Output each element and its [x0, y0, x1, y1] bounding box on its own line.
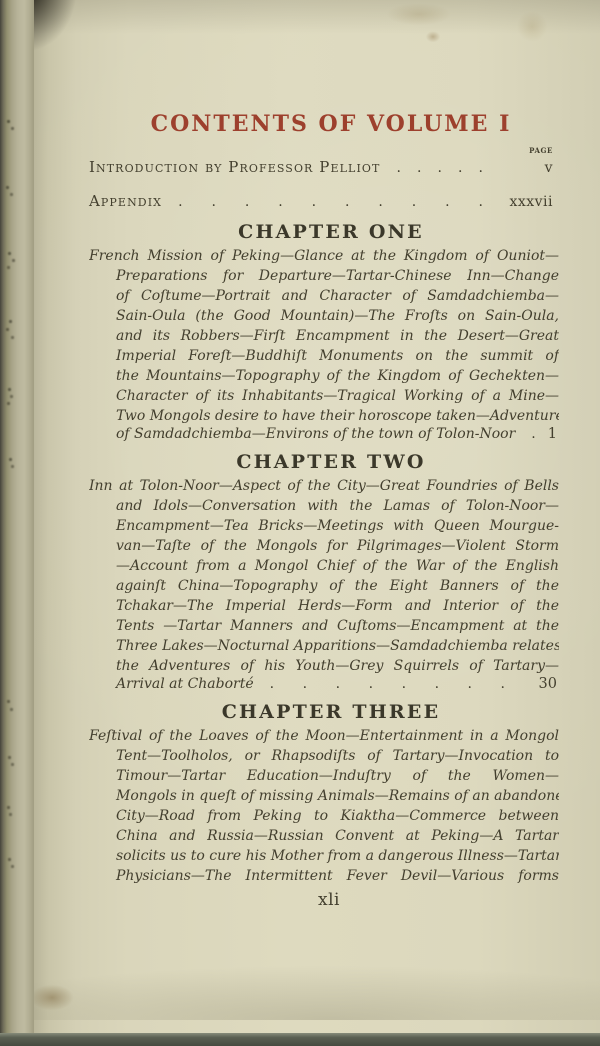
- toc-line: Sain-Oula (the Good Mountain)—The Froſts…: [89, 306, 559, 326]
- page-number: xxxvii: [495, 194, 559, 210]
- chapter-heading: CHAPTER THREE: [89, 700, 559, 724]
- toc-line: and Idols—Conversation with the Lamas of…: [89, 496, 559, 516]
- toc-line: Imperial Foreſt—Buddhiſt Monuments on th…: [89, 346, 559, 366]
- toc-line: Preparations for Departure—Tartar-Chines…: [89, 266, 559, 286]
- toc-line: Tchakar—The Imperial Herds—Form and Inte…: [89, 596, 559, 616]
- chapter-heading: CHAPTER ONE: [89, 220, 559, 244]
- contents-column: CONTENTS OF VOLUME I PAGE Introduction b…: [89, 0, 559, 910]
- page-number: 30: [517, 676, 559, 692]
- chapter-three-entry: CHAPTER THREE Feſtival of the Loaves of …: [89, 700, 559, 886]
- dot-leader: . . . . . . . . . .: [162, 194, 495, 210]
- page-number: v: [495, 160, 559, 176]
- front-matter-row-appendix: Appendix . . . . . . . . . . xxxvii: [89, 192, 559, 214]
- table-edge: [0, 1033, 600, 1046]
- chapter-summary: Inn at Tolon-Noor—Aspect of the City—Gre…: [89, 476, 559, 676]
- chapter-summary: Feſtival of the Loaves of the Moon—Enter…: [89, 726, 559, 886]
- folio-number: xli: [89, 890, 559, 910]
- toc-line: China and Russia—Russian Convent at Peki…: [89, 826, 559, 846]
- toc-line: of Coſtume—Portrait and Character of Sam…: [89, 286, 559, 306]
- dot-leader: .: [515, 426, 543, 442]
- page-title: CONTENTS OF VOLUME I: [89, 111, 559, 138]
- chapter-end-row: of Samdadchiemba—Environs of the town of…: [89, 426, 559, 446]
- chapter-end-row: Arrival at Chaborté . . . . . . . . 30: [89, 676, 559, 696]
- chapter-one-entry: CHAPTER ONE French Mission of Peking—Gla…: [89, 220, 559, 446]
- dot-leader: . . . . . . . .: [254, 676, 517, 692]
- page-number: 1: [543, 426, 559, 442]
- toc-line: —Account from a Mongol Chief of the War …: [89, 556, 559, 576]
- facing-page-edge: [0, 0, 34, 1033]
- toc-line: the Mountains—Topography of the Kingdom …: [89, 366, 559, 386]
- toc-line: French Mission of Peking—Glance at the K…: [89, 246, 559, 266]
- toc-line: Two Mongols desire to have their horosco…: [89, 406, 559, 426]
- toc-line: Timour—Tartar Education—Induſtry of the …: [89, 766, 559, 786]
- toc-line: the Adventures of his Youth—Grey Squirre…: [89, 656, 559, 676]
- toc-line: Feſtival of the Loaves of the Moon—Enter…: [89, 726, 559, 746]
- toc-line: Physicians—The Intermittent Fever Devil—…: [89, 866, 559, 886]
- toc-line: Mongols in queſt of missing Animals—Rema…: [89, 786, 559, 806]
- book-page-photo: CONTENTS OF VOLUME I PAGE Introduction b…: [0, 0, 600, 1046]
- front-matter-row-introduction: PAGE Introduction by Professor Pelliot .…: [89, 158, 559, 180]
- front-matter-label: Introduction by Professor Pelliot: [89, 158, 380, 176]
- toc-line: Character of its Inhabitants—Tragical Wo…: [89, 386, 559, 406]
- toc-line: solicits us to cure his Mother from a da…: [89, 846, 559, 866]
- chapter-heading: CHAPTER TWO: [89, 450, 559, 474]
- toc-line: van—Taſte of the Mongols for Pilgrimages…: [89, 536, 559, 556]
- front-matter: PAGE Introduction by Professor Pelliot .…: [89, 158, 559, 214]
- front-matter-label: Appendix: [89, 192, 162, 210]
- toc-line: Three Lakes—Nocturnal Apparitions—Samdad…: [89, 636, 559, 656]
- page-column-label: PAGE: [529, 145, 553, 156]
- toc-line: Tents —Tartar Manners and Cuſtoms—Encamp…: [89, 616, 559, 636]
- chapter-summary-last-line: of Samdadchiemba—Environs of the town of…: [116, 426, 515, 442]
- chapter-summary: French Mission of Peking—Glance at the K…: [89, 246, 559, 426]
- chapter-summary-last-line: Arrival at Chaborté: [116, 676, 254, 692]
- toc-line: Inn at Tolon-Noor—Aspect of the City—Gre…: [89, 476, 559, 496]
- dot-leader: . . . . .: [380, 160, 495, 176]
- toc-line: Tent—Toolholos, or Rhapsodiſts of Tartar…: [89, 746, 559, 766]
- toc-line: and its Robbers—Firſt Encampment in the …: [89, 326, 559, 346]
- toc-line: City—Road from Peking to Kiaktha—Commerc…: [89, 806, 559, 826]
- chapter-two-entry: CHAPTER TWO Inn at Tolon-Noor—Aspect of …: [89, 450, 559, 696]
- toc-line: Encampment—Tea Bricks—Meetings with Quee…: [89, 516, 559, 536]
- contents-page: CONTENTS OF VOLUME I PAGE Introduction b…: [34, 0, 600, 1033]
- page-edge-text-fragments: [5, 0, 8, 3]
- toc-line: againſt China—Topography of the Eight Ba…: [89, 576, 559, 596]
